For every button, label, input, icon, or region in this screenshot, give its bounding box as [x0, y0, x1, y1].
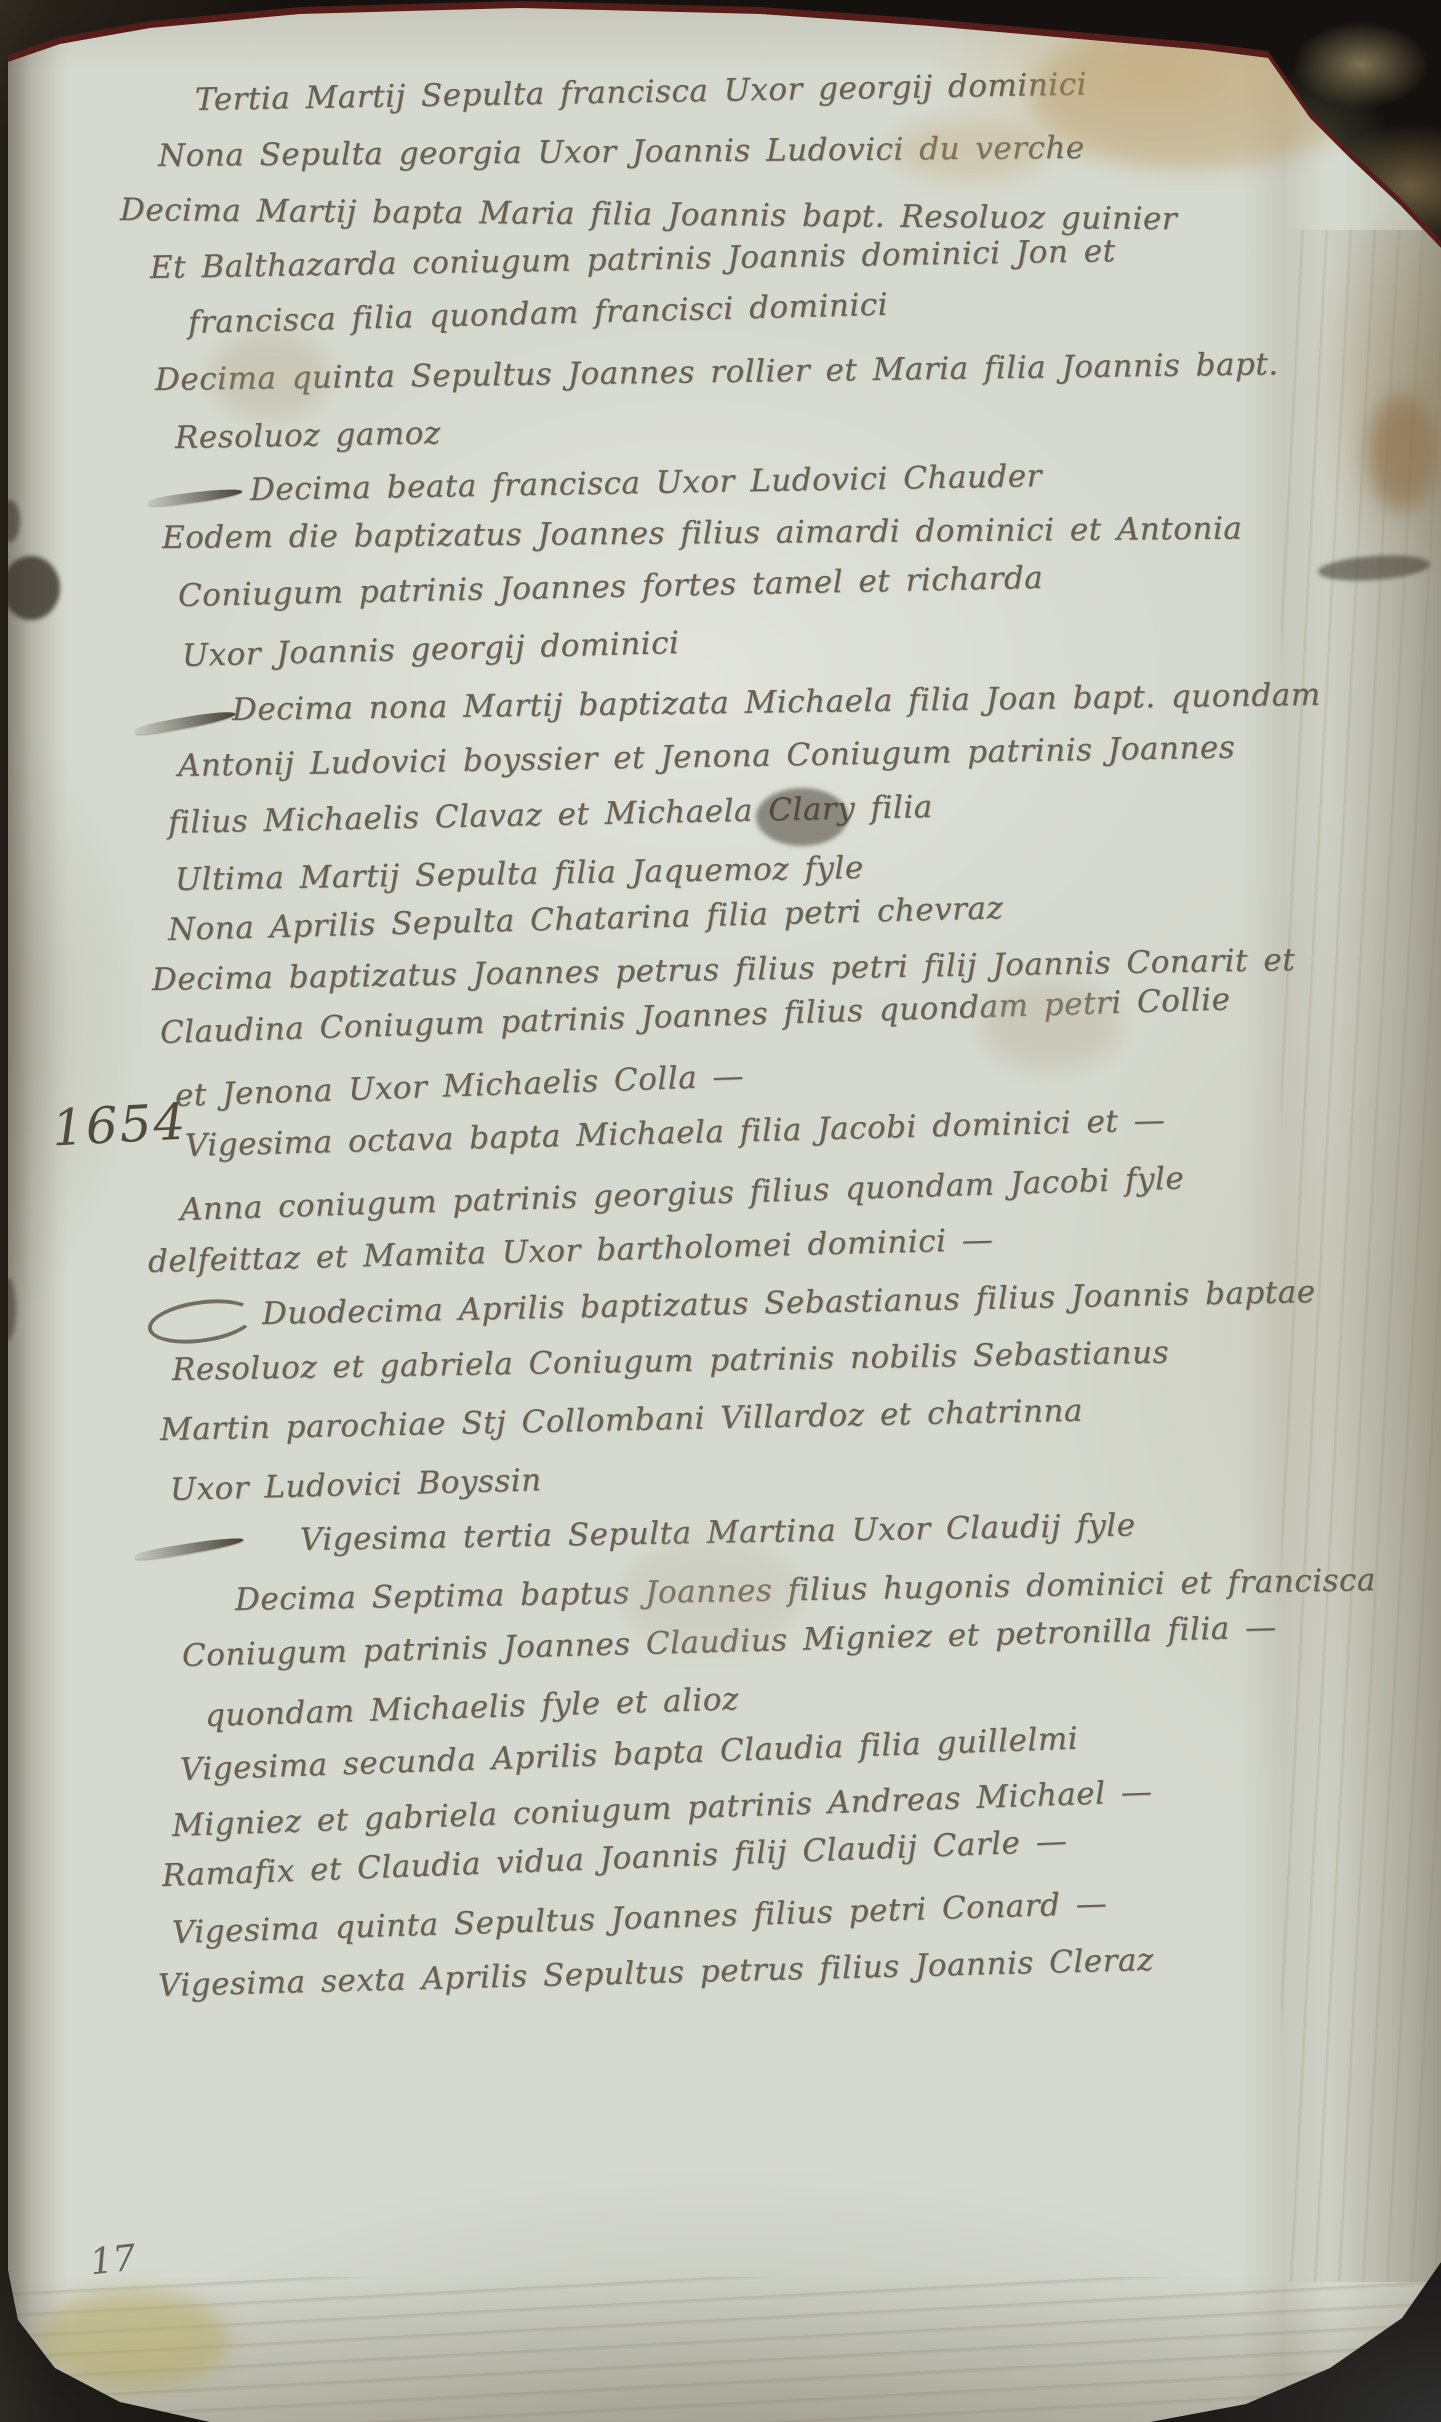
dash-mark — [134, 708, 236, 737]
manuscript-line: Decima Martij bapta Maria filia Joannis … — [120, 192, 1177, 237]
paper-stain — [980, 980, 1120, 1070]
manuscript-line: Ultima Martij Sepulta filia Jaquemoz fyl… — [175, 850, 864, 898]
flourish-mark — [145, 1293, 258, 1350]
manuscript-line: Et Balthazarda coniugum patrinis Joannis… — [150, 233, 1116, 286]
paper-stain — [620, 1540, 800, 1650]
paper-stain — [890, 120, 1050, 180]
marginal-year: 1654 — [51, 1093, 189, 1158]
manuscript-line: Duodecima Aprilis baptizatus Sebastianus… — [262, 1274, 1316, 1332]
ink-blot — [0, 1278, 16, 1340]
manuscript-line: et Jenona Uxor Michaelis Colla — — [174, 1058, 744, 1114]
manuscript-line: Tertia Martij Sepulta francisca Uxor geo… — [195, 66, 1088, 118]
paper-stain — [40, 2290, 230, 2390]
manuscript-line: Uxor Joannis georgij dominici — [182, 625, 680, 674]
manuscript-line: Decima beata francisca Uxor Ludovici Cha… — [250, 458, 1043, 508]
dash-mark — [147, 486, 243, 508]
manuscript-line: Coniugum patrinis Joannes fortes tamel e… — [178, 560, 1044, 614]
page-number: 17 — [88, 2238, 138, 2284]
manuscript-line: Decima Septima baptus Joannes filius hug… — [235, 1562, 1376, 1618]
binding-gutter-shadow — [0, 0, 70, 2422]
paper-stain — [1368, 395, 1438, 510]
manuscript-line: Vigesima secunda Aprilis bapta Claudia f… — [179, 1721, 1078, 1788]
ink-blot — [2, 556, 60, 620]
manuscript-line: Uxor Ludovici Boyssin — [170, 1462, 543, 1508]
page-stack-right-edge — [1281, 230, 1441, 2282]
manuscript-line: Vigesima quinta Sepultus Joannes filius … — [171, 1886, 1107, 1951]
manuscript-line: Nona Aprilis Sepulta Chatarina filia pet… — [168, 890, 1004, 948]
manuscript-line: Martin parochiae Stj Collombani Villardo… — [160, 1393, 1084, 1448]
manuscript-line: Eodem die baptizatus Joannes filius aima… — [162, 511, 1243, 556]
manuscript-line: Resoluoz et gabriela Coniugum patrinis n… — [172, 1335, 1170, 1388]
manuscript-line: Vigesima sexta Aprilis Sepultus petrus f… — [158, 1942, 1155, 2004]
page: 1654 17 Tertia Martij Sepulta francisca … — [0, 0, 1441, 2422]
scanned-register-photo: 1654 17 Tertia Martij Sepulta francisca … — [0, 0, 1441, 2422]
paper-stain — [210, 330, 330, 420]
ink-blot — [0, 500, 20, 542]
ink-blot — [756, 788, 848, 846]
manuscript-line: delfeittaz et Mamita Uxor bartholomei do… — [148, 1222, 994, 1280]
manuscript-line: Decima nona Martij baptizata Michaela fi… — [232, 677, 1321, 728]
manuscript-line: Resoluoz gamoz — [175, 415, 441, 456]
manuscript-line: Anna coniugum patrinis georgius filius q… — [179, 1160, 1184, 1228]
manuscript-line: Vigesima octava bapta Michaela filia Jac… — [185, 1102, 1166, 1164]
dash-mark — [134, 1535, 244, 1562]
manuscript-line: quondam Michaelis fyle et alioz — [204, 1681, 739, 1734]
manuscript-line: Antonij Ludovici boyssier et Jenona Coni… — [178, 730, 1236, 784]
